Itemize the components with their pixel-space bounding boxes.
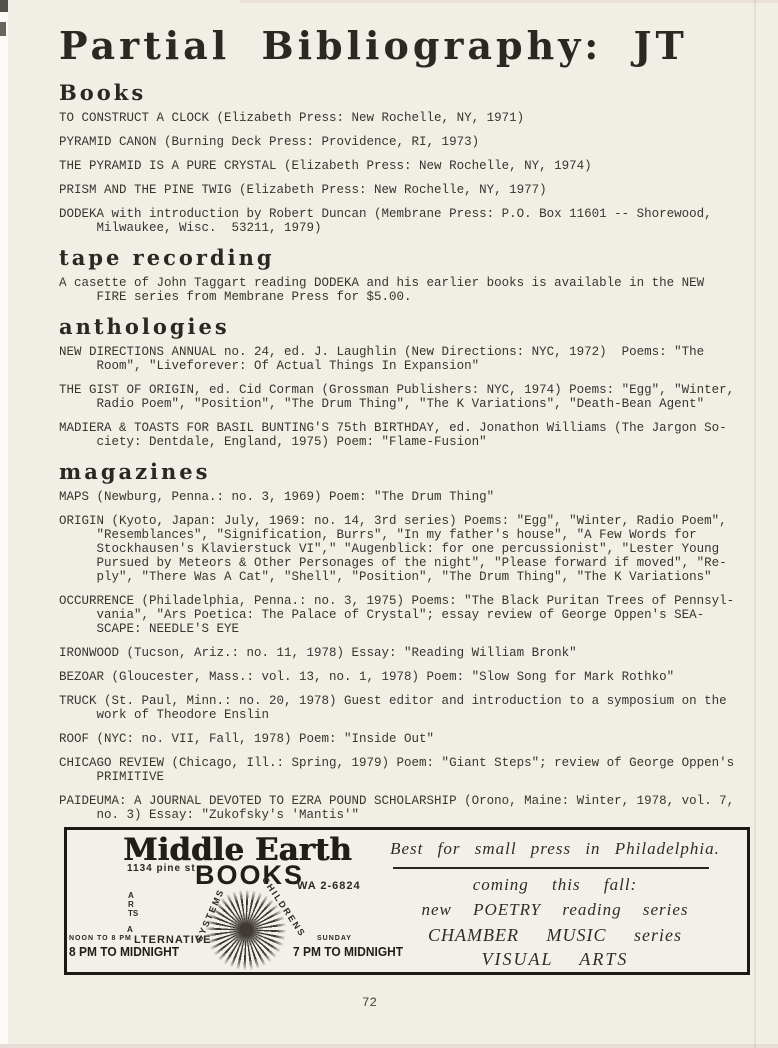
ad-series-line-3: VISUAL ARTS xyxy=(367,949,743,970)
bibliography-entry: NEW DIRECTIONS ANNUAL no. 24, ed. J. Lau… xyxy=(59,345,750,373)
bibliography-entry: PAIDEUMA: A JOURNAL DEVOTED TO EZRA POUN… xyxy=(59,794,750,822)
advertisement-box: Middle Earth 1134 pine st BOOKS WA 2-682… xyxy=(64,827,750,975)
bibliography-entry: MADIERA & TOASTS FOR BASIL BUNTING'S 75t… xyxy=(59,421,750,449)
section-heading-anthologies: anthologies xyxy=(59,314,750,339)
ad-books-label: BOOKS xyxy=(195,860,304,891)
ad-coming-this-fall: coming this fall: xyxy=(367,875,743,895)
bibliography-entry: BEZOAR (Gloucester, Mass.: vol. 13, no. … xyxy=(59,670,750,684)
ad-phone-number: WA 2-6824 xyxy=(297,880,361,892)
section-heading-tape-recording: tape recording xyxy=(59,245,750,270)
section-heading-books: Books xyxy=(59,80,750,105)
scan-corner-mark xyxy=(0,0,8,12)
scan-edge-right xyxy=(754,0,756,1048)
bibliography-entry: PYRAMID CANON (Burning Deck Press: Provi… xyxy=(59,135,750,149)
bibliography-entry: IRONWOOD (Tucson, Ariz.: no. 11, 1978) E… xyxy=(59,646,750,660)
scan-corner-mark xyxy=(0,22,6,36)
ad-series-line-1: new POETRY reading series xyxy=(367,900,743,920)
ad-store-address: 1134 pine st xyxy=(127,863,196,874)
ad-arts-vertical-label: A R TS xyxy=(128,891,138,918)
ad-alternative-a: A xyxy=(127,925,133,934)
bibliography-entry: A casette of John Taggart reading DODEKA… xyxy=(59,276,750,304)
ad-series-line-2: CHAMBER MUSIC series xyxy=(367,925,743,946)
scan-edge-bottom xyxy=(0,1044,778,1048)
bibliography-entry: CHICAGO REVIEW (Chicago, Ill.: Spring, 1… xyxy=(59,756,750,784)
bibliography-entry: MAPS (Newburg, Penna.: no. 3, 1969) Poem… xyxy=(59,490,750,504)
page-number: 72 xyxy=(362,996,377,1010)
scan-edge-top xyxy=(240,0,778,3)
bibliography-entry: TO CONSTRUCT A CLOCK (Elizabeth Press: N… xyxy=(59,111,750,125)
bibliography-entry: TRUCK (St. Paul, Minn.: no. 20, 1978) Gu… xyxy=(59,694,750,722)
bibliography-content: Partial Bibliography: JT Books TO CONSTR… xyxy=(59,24,750,832)
ad-hours-caption: NOON TO 8 PM xyxy=(69,935,132,942)
bibliography-entry: THE PYRAMID IS A PURE CRYSTAL (Elizabeth… xyxy=(59,159,750,173)
bibliography-entry: OCCURRENCE (Philadelphia, Penna.: no. 3,… xyxy=(59,594,750,636)
ad-sunday-caption: SUNDAY xyxy=(317,935,352,942)
page-title: Partial Bibliography: JT xyxy=(59,24,750,68)
bibliography-entry: PRISM AND THE PINE TWIG (Elizabeth Press… xyxy=(59,183,750,197)
bibliography-entry: ORIGIN (Kyoto, Japan: July, 1969: no. 14… xyxy=(59,514,750,584)
ad-divider-rule xyxy=(393,867,709,869)
section-heading-magazines: magazines xyxy=(59,459,750,484)
ad-hours-weekday: 8 PM TO MIDNIGHT xyxy=(69,944,179,959)
ad-text-panel: Best for small press in Philadelphia. co… xyxy=(367,830,743,972)
bibliography-entry: ROOF (NYC: no. VII, Fall, 1978) Poem: "I… xyxy=(59,732,750,746)
bibliography-entry: DODEKA with introduction by Robert Dunca… xyxy=(59,207,750,235)
scan-edge-left xyxy=(0,0,8,1048)
ad-tagline: Best for small press in Philadelphia. xyxy=(367,839,743,859)
bibliography-entry: THE GIST OF ORIGIN, ed. Cid Corman (Gros… xyxy=(59,383,750,411)
